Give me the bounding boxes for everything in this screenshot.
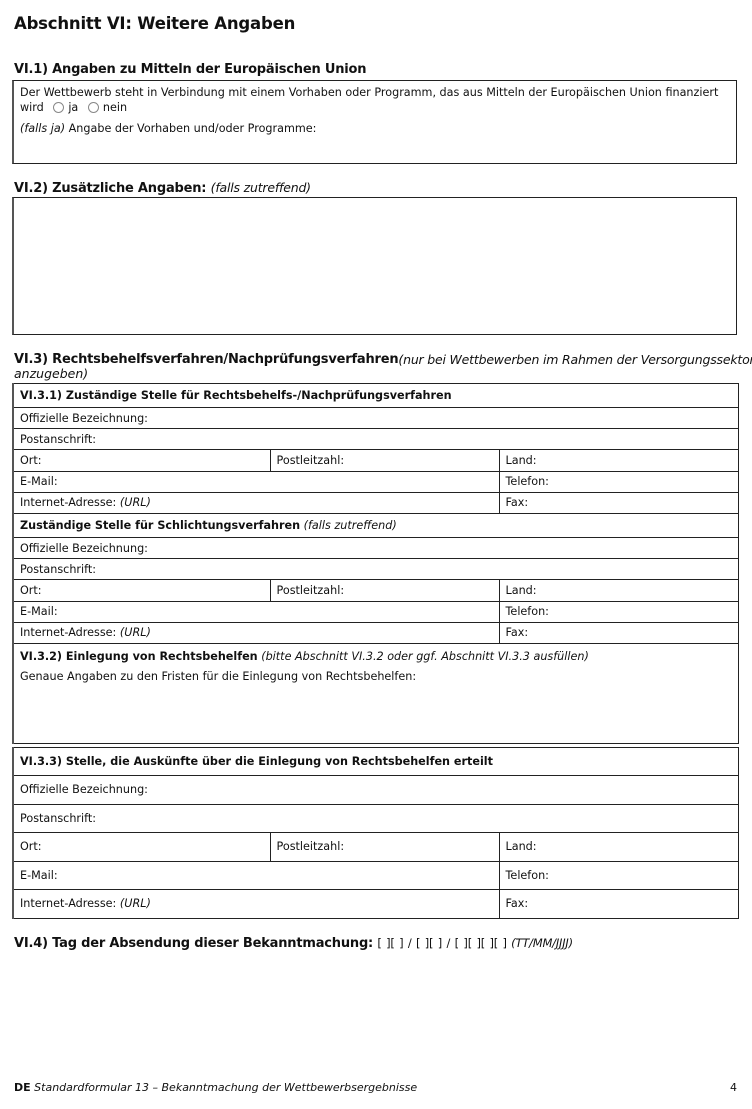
mediation-official-name-field[interactable]: Offizielle Bezeichnung: [13, 537, 738, 558]
vi33-postal-address-field[interactable]: Postanschrift: [13, 804, 738, 833]
vi33-fax-field[interactable]: Fax: [499, 890, 738, 919]
mediation-heading: Zuständige Stelle für Schlichtungsverfah… [13, 513, 738, 537]
vi32-text: Genaue Angaben zu den Fristen für die Ei… [20, 667, 732, 687]
section-vi3-note-cont: anzugeben) [14, 366, 88, 381]
vi33-town-field[interactable]: Ort: [13, 833, 270, 862]
vi31-internet-field[interactable]: Internet-Adresse: (URL) [13, 492, 499, 513]
review-info-body-table: VI.3.3) Stelle, die Auskünfte über die E… [12, 747, 739, 919]
mediation-title: Zuständige Stelle für Schlichtungsverfah… [20, 519, 300, 532]
mediation-postal-code-field[interactable]: Postleitzahl: [270, 580, 499, 601]
vi31-official-name-field[interactable]: Offizielle Bezeichnung: [13, 408, 738, 429]
vi32-title: VI.3.2) Einlegung von Rechtsbehelfen [20, 650, 258, 663]
eu-funding-question: Der Wettbewerb steht in Verbindung mit e… [20, 85, 730, 100]
section-vi1-heading: VI.1) Angaben zu Mitteln der Europäische… [14, 62, 366, 77]
additional-info-field[interactable] [12, 197, 737, 335]
section-vi3-heading: VI.3) Rechtsbehelfsverfahren/Nachprüfung… [14, 352, 739, 367]
mediation-internet-note: (URL) [120, 626, 151, 639]
vi32-review-procedure-field[interactable]: VI.3.2) Einlegung von Rechtsbehelfen (bi… [13, 643, 738, 743]
mediation-internet-field[interactable]: Internet-Adresse: (URL) [13, 622, 499, 643]
footer-language: DE [14, 1081, 31, 1094]
eu-funding-note-text: Angabe der Vorhaben und/oder Programme: [69, 122, 317, 135]
vi33-country-field[interactable]: Land: [499, 833, 738, 862]
eu-funding-options: wird ja nein [20, 100, 730, 115]
section-vi1-box: Der Wettbewerb steht in Verbindung mit e… [12, 80, 737, 164]
eu-funding-question-text: Der Wettbewerb steht in Verbindung mit e… [20, 85, 718, 100]
page-number: 4 [730, 1081, 737, 1094]
mediation-fax-field[interactable]: Fax: [499, 622, 738, 643]
footer-form-title: Standardformular 13 – Bekanntmachung der… [34, 1081, 417, 1094]
vi31-postal-code-field[interactable]: Postleitzahl: [270, 450, 499, 471]
eu-funding-note-italic: (falls ja) [20, 122, 65, 135]
page-title: Abschnitt VI: Weitere Angaben [14, 14, 295, 33]
vi31-email-field[interactable]: E-Mail: [13, 471, 499, 492]
vi31-fax-field[interactable]: Fax: [499, 492, 738, 513]
section-vi4: VI.4) Tag der Absendung dieser Bekanntma… [14, 936, 573, 951]
section-vi2-note: (falls zutreffend) [211, 180, 311, 195]
mediation-internet-label: Internet-Adresse: [20, 626, 116, 639]
vi31-heading: VI.3.1) Zuständige Stelle für Rechtsbehe… [13, 384, 738, 408]
dispatch-date-format: (TT/MM/JJJJ) [511, 936, 573, 950]
vi33-email-field[interactable]: E-Mail: [13, 861, 499, 890]
radio-yes[interactable] [53, 102, 64, 113]
eu-funding-question-text-end: wird [20, 101, 44, 114]
mediation-telephone-field[interactable]: Telefon: [499, 601, 738, 622]
radio-no-label: nein [103, 101, 127, 114]
review-bodies-table: VI.3.1) Zuständige Stelle für Rechtsbehe… [12, 383, 739, 744]
vi33-heading: VI.3.3) Stelle, die Auskünfte über die E… [13, 748, 738, 776]
page-footer: DE Standardformular 13 – Bekanntmachung … [14, 1081, 417, 1094]
vi33-internet-field[interactable]: Internet-Adresse: (URL) [13, 890, 499, 919]
vi33-telephone-field[interactable]: Telefon: [499, 861, 738, 890]
radio-no[interactable] [88, 102, 99, 113]
vi31-telephone-field[interactable]: Telefon: [499, 471, 738, 492]
section-vi3-note: (nur bei Wettbewerben im Rahmen der Vers… [398, 352, 752, 367]
section-vi2-heading: VI.2) Zusätzliche Angaben: (falls zutref… [14, 180, 311, 196]
mediation-note: (falls zutreffend) [304, 519, 397, 532]
vi31-postal-address-field[interactable]: Postanschrift: [13, 429, 738, 450]
vi31-town-field[interactable]: Ort: [13, 450, 270, 471]
vi31-internet-label: Internet-Adresse: [20, 496, 116, 509]
eu-funding-projects-field[interactable]: (falls ja) Angabe der Vorhaben und/oder … [20, 121, 730, 136]
vi31-country-field[interactable]: Land: [499, 450, 738, 471]
mediation-email-field[interactable]: E-Mail: [13, 601, 499, 622]
section-vi2-title: VI.2) Zusätzliche Angaben: [14, 181, 206, 196]
radio-yes-label: ja [68, 101, 78, 114]
mediation-country-field[interactable]: Land: [499, 580, 738, 601]
section-vi4-title: VI.4) Tag der Absendung dieser Bekanntma… [14, 936, 373, 951]
vi33-official-name-field[interactable]: Offizielle Bezeichnung: [13, 776, 738, 805]
vi32-heading: VI.3.2) Einlegung von Rechtsbehelfen (bi… [20, 647, 732, 667]
mediation-town-field[interactable]: Ort: [13, 580, 270, 601]
vi31-internet-note: (URL) [120, 496, 151, 509]
vi32-note: (bitte Abschnitt VI.3.2 oder ggf. Abschn… [261, 650, 589, 663]
mediation-postal-address-field[interactable]: Postanschrift: [13, 559, 738, 580]
section-vi3-title: VI.3) Rechtsbehelfsverfahren/Nachprüfung… [14, 352, 398, 367]
vi33-internet-note: (URL) [120, 897, 151, 910]
dispatch-date-field[interactable]: [ ][ ] / [ ][ ] / [ ][ ][ ][ ] [377, 936, 506, 950]
vi33-internet-label: Internet-Adresse: [20, 897, 116, 910]
vi33-postal-code-field[interactable]: Postleitzahl: [270, 833, 499, 862]
